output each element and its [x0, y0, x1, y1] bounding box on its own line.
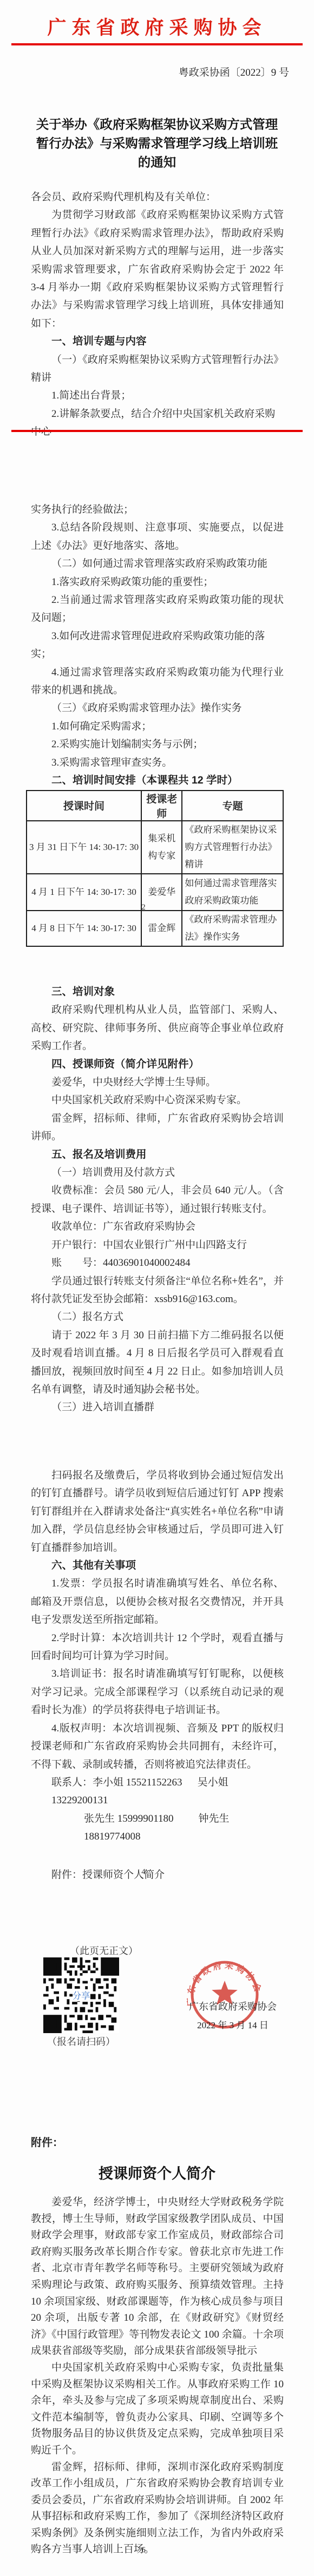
doc-text-line: 雷金辉，招标师、律师，深圳市深化政府采购制度改革工作小组成员，广东省政府采购协会…	[31, 2459, 284, 2559]
doc-text-line: 姜爱华，经济学博士，中央财经大学财政税务学院教授，博士生导师，财政学国家级教学团…	[31, 2194, 284, 2360]
doc-text-line: 3.采购需求管理审查实务。	[31, 754, 284, 772]
doc-text-line: 账 号：44036901040002484	[31, 1254, 284, 1272]
doc-text-line: 姜爱华，中央财经大学博士生导师。	[31, 1073, 284, 1091]
schedule-header-teacher: 授课老师	[141, 791, 182, 821]
doc-text-line: 五、报名及培训费用	[31, 1146, 284, 1164]
doc-text-line: 一、培训专题与内容	[31, 333, 284, 350]
document-number: 粤政采协函〔2022〕9 号	[179, 64, 289, 79]
contact-li: 李小姐 15521152263	[93, 1777, 182, 1788]
doc-text-line: （一）培训费用及付款方式	[31, 1164, 284, 1181]
qr-code-icon: 分享	[43, 1957, 119, 2033]
page-number-4: 4	[0, 1868, 287, 1877]
issue-date: 2022 年 3 月 14 日	[184, 2017, 282, 2031]
schedule-header-row: 授课时间 授课老师 专题	[27, 791, 283, 821]
doc-text-line: 1.简述出台背景；	[31, 387, 284, 404]
document-title: 关于举办《政府采购框架协议采购方式管理 暂行办法》与采购需求管理学习线上培训班 …	[27, 116, 287, 172]
contacts-row-2: 张先生 15999901180钟先生 18819774008	[31, 1810, 284, 1846]
contacts-label: 联系人：	[51, 1777, 93, 1788]
doc-text-line: 各会员、政府采购代理机构及有关单位：	[31, 188, 284, 206]
doc-text-line: 4.版权声明：本次培训视频、音频及 PPT 的版权归授课老师和广东省政府采购协会…	[31, 1719, 284, 1774]
doc-text-line: 1.落实政府采购政策功能的重要性；	[31, 573, 284, 591]
schedule-teacher: 集采机构专家	[141, 821, 182, 874]
doc-text-line: 扫码报名及缴费后，学员将收到协会通过短信发出的钉钉直播群号。请学员收到短信后通过…	[31, 1466, 284, 1557]
letterhead-red-rule	[11, 43, 303, 45]
page-number-3: 3	[0, 1387, 287, 1397]
document-title-line2: 暂行办法》与采购需求管理学习线上培训班	[27, 135, 287, 154]
doc-text-line: 3.培训证书：报名时请准确填写钉钉昵称，以便核对学习记录。完成全部课程学习（以系…	[31, 1665, 284, 1719]
schedule-header-topic: 专题	[182, 791, 283, 821]
page1-bottom-red-rule	[11, 430, 303, 432]
doc-text-line: 2.采购实施计划编制实务与示例；	[31, 735, 284, 753]
doc-text-line: 政府采购代理机构从业人员，监管部门、采购人、高校、研究院、律师事务所、供应商等企…	[31, 1001, 284, 1055]
page4-lines: 扫码报名及缴费后，学员将收到协会通过短信发出的钉钉直播群号。请学员收到短信后通过…	[31, 1466, 284, 1774]
doc-text-line: 中央国家机关政府采购中心采购专家，负责批量集中采购及框架协议采购相关工作。从事政…	[31, 2360, 284, 2459]
schedule-header-time: 授课时间	[27, 791, 141, 821]
doc-text-line: （一）《政府采购框架协议采购方式管理暂行办法》精讲	[31, 351, 284, 387]
page-number-2: 2	[0, 903, 287, 912]
qr-caption: （报名请扫码）	[38, 2034, 125, 2048]
contact-zhang: 张先生 15999901180	[84, 1813, 174, 1824]
doc-text-line: （三）《政府采购需求管理办法》操作实务	[31, 699, 284, 717]
page2-body: 实务执行的经验做法；3.总结各阶段规则、注意事项、实施要点，以促进上述《办法》更…	[31, 501, 284, 947]
doc-text-line: 实务执行的经验做法；	[31, 501, 284, 519]
document-title-line3: 的通知	[27, 154, 287, 172]
page6-body: 姜爱华，经济学博士，中央财经大学财政税务学院教授，博士生导师，财政学国家级教学团…	[31, 2194, 284, 2558]
schedule-teacher: 雷金辉	[141, 911, 182, 946]
doc-text-line: 2.当前通过需求管理落实政府采购政策功能的现状及问题；	[31, 591, 284, 627]
annex-label: 附件：	[31, 2134, 63, 2149]
schedule-topic: 《政府采购框架协议采购方式管理暂行办法》精讲	[182, 821, 283, 874]
schedule-time: 4 月 8 日下午 14: 30-17: 30	[27, 911, 141, 946]
doc-text-line: （二）如何通过需求管理落实政府采购政策功能	[31, 555, 284, 573]
doc-text-line: 三、培训对象	[31, 983, 284, 1001]
doc-text-line: （二）报名方式	[31, 1308, 284, 1326]
page1-body: 各会员、政府采购代理机构及有关单位：为贯彻学习财政部《政府采购框架协议采购方式管…	[31, 188, 284, 441]
doc-text-line: 收款单位：广东省政府采购协会	[31, 1218, 284, 1236]
annex-title: 授课师资个人简介	[27, 2162, 287, 2183]
doc-text-line: 4.通过需求管理落实政府采购政策功能为代理行业带来的机遇和挑战。	[31, 663, 284, 700]
doc-text-line: 3.如何改进需求管理促进政府采购政策功能的落实；	[31, 627, 284, 663]
document-page: 广东省政府采购协会 粤政采协函〔2022〕9 号 关于举办《政府采购框架协议采购…	[0, 0, 314, 2576]
doc-text-line: （三）进入培训直播群	[31, 1398, 284, 1416]
doc-text-line: 1.如何确定采购需求；	[31, 718, 284, 735]
no-text-note: （此页无正文）	[50, 1943, 158, 1957]
doc-text-line: 雷金辉，招标师、律师，广东省政府采购协会培训讲师。	[31, 1110, 284, 1146]
doc-text-line: 四、授课师资（简介详见附件）	[31, 1055, 284, 1073]
doc-text-line: 六、其他有关事项	[31, 1557, 284, 1575]
registration-qr-code: 分享	[43, 1957, 119, 2033]
doc-text-line: 收费标准：会员 580 元/人，非会员 640 元/人。（含授课、电子课件、培训…	[31, 1181, 284, 1218]
doc-text-line: 开户银行：中国农业银行广州中山四路支行	[31, 1236, 284, 1254]
doc-text-line: 中央国家机关政府采购中心资深采购专家。	[31, 1091, 284, 1109]
issuer-org-name: 广东省政府采购协会	[184, 1999, 282, 2013]
contacts-row-1: 联系人：李小姐 15521152263吴小姐 13229200131	[31, 1774, 284, 1810]
doc-text-line: 学员通过银行转账支付须备注“单位名称+姓名”，并将付款凭证发至协会邮箱：xssb…	[31, 1272, 284, 1309]
doc-text-line: 二、培训时间安排（本课程共 12 学时）	[31, 772, 284, 789]
page2-lines: 实务执行的经验做法；3.总结各阶段规则、注意事项、实施要点，以促进上述《办法》更…	[31, 501, 284, 790]
qr-share-label: 分享	[73, 1991, 90, 2001]
page-number-6: 6	[0, 2546, 287, 2555]
doc-text-line: 2.学时计算：本次培训共计 12 个学时，观看直播与回看时间均可计算为学习时间。	[31, 1629, 284, 1665]
doc-text-line: 2.讲解条款要点，结合介绍中央国家机关政府采购中心	[31, 405, 284, 441]
doc-text-line: 为贯彻学习财政部《政府采购框架协议采购方式管理暂行办法》《政府采购需求管理办法》…	[31, 206, 284, 333]
schedule-topic: 《政府采购需求管理办法》操作实务	[182, 911, 283, 946]
doc-text-line: 1.发票：学员报名时请准确填写姓名、单位名称、邮箱及开票信息，以便协会核对报名交…	[31, 1575, 284, 1629]
schedule-time: 3 月 31 日下午 14: 30-17: 30	[27, 821, 141, 874]
table-row: 4 月 8 日下午 14: 30-17: 30 雷金辉 《政府采购需求管理办法》…	[27, 911, 283, 946]
table-row: 3 月 31 日下午 14: 30-17: 30 集采机构专家 《政府采购框架协…	[27, 821, 283, 874]
document-title-line1: 关于举办《政府采购框架协议采购方式管理	[27, 116, 287, 135]
letterhead-org-title: 广东省政府采购协会	[0, 13, 314, 40]
page4-body: 扫码报名及缴费后，学员将收到协会通过短信发出的钉钉直播群号。请学员收到短信后通过…	[31, 1466, 284, 1884]
doc-text-line: 3.总结各阶段规则、注意事项、实施要点，以促进上述《办法》更好地落实、落地。	[31, 519, 284, 555]
page3-body: 三、培训对象政府采购代理机构从业人员，监管部门、采购人、高校、研究院、律师事务所…	[31, 983, 284, 1417]
schedule-table: 授课时间 授课老师 专题 3 月 31 日下午 14: 30-17: 30 集采…	[26, 790, 284, 947]
